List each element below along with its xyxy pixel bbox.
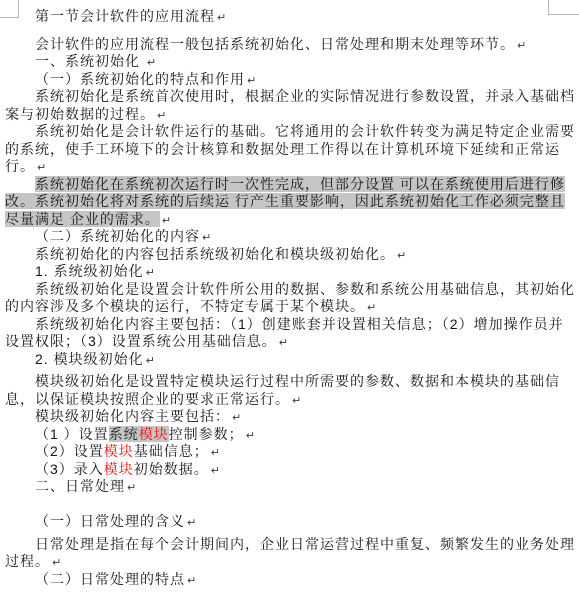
list-item-text: （2）设置 <box>35 443 104 459</box>
heading-system-level-init: 1. 系统级初始化↵ <box>5 263 574 281</box>
paragraph-mark: ↵ <box>244 429 255 442</box>
list-item-text: （3）录入 <box>35 461 104 477</box>
doc-line: 系统初始化是会计软件运行的基础。它将通用的会计软件转变为满足特定企业需要 <box>5 123 574 141</box>
heading-text: 二、日常处理 <box>35 478 125 494</box>
list-item-text: 基础信息； <box>134 443 209 459</box>
red-term: 模块 <box>139 426 169 442</box>
red-term: 模块 <box>104 443 134 459</box>
paragraph-mark: ↵ <box>160 214 171 227</box>
doc-line-text: 系统级初始化内容主要包括：（1）创建账套并设置相关信息；（2）增加操作员并 <box>35 316 564 332</box>
paragraph-mark: ↵ <box>145 56 156 69</box>
doc-line: 模块级初始化内容主要包括：↵ <box>5 408 574 426</box>
doc-line-text: 的内容涉及多个模块的运行，不特定专属于某个模块。 <box>5 298 365 314</box>
list-item-text: 初始数据。 <box>134 461 209 477</box>
doc-line-text: 息，以保证模块按照企业的要求正常运行。 <box>5 391 290 407</box>
subheading-daily-meaning: （一）日常处理的含义↵ <box>5 513 574 531</box>
subheading-text: （一）日常处理的含义 <box>35 513 185 529</box>
highlight-paragraph-line: 改。系统初始化将对系统的后续运 行产生重要影响，因此系统初始化工作必须完整且 <box>5 193 574 211</box>
section-title: 第一节会计软件的应用流程↵ <box>5 8 574 26</box>
paragraph-mark: ↵ <box>230 411 241 424</box>
doc-line-text: 过程。 <box>5 553 50 569</box>
doc-line: 案与初始数据的过程。↵ <box>5 106 574 124</box>
heading-text: 1. 系统级初始化 <box>35 263 144 279</box>
subheading-text: （二）系统初始化的内容 <box>35 228 200 244</box>
doc-line: 息，以保证模块按照企业的要求正常运行。↵ <box>5 391 574 409</box>
doc-line: 过程。↵ <box>5 553 574 571</box>
paragraph-mark: ↵ <box>125 481 136 494</box>
paragraph-mark: ↵ <box>209 464 220 477</box>
doc-line-text: 模块级初始化是设置特定模块运行过程中所需要的参数、数据和本模块的基础信 <box>35 373 560 389</box>
subheading-daily-features: （二）日常处理的特点↵ <box>5 571 574 589</box>
doc-line: 系统级初始化是设置会计软件所公用的数据、参数和系统公用基础信息，其初始化 <box>5 281 574 299</box>
section-title-text: 第一节会计软件的应用流程 <box>35 8 215 24</box>
highlighted-text: 系统 <box>109 426 139 442</box>
doc-line-text: 模块级初始化内容主要包括： <box>35 408 230 424</box>
doc-line: 系统初始化的内容包括系统级初始化和模块级初始化。↵ <box>5 246 574 264</box>
paragraph-mark: ↵ <box>290 394 301 407</box>
list-item-text: （1 ）设置 <box>35 426 109 442</box>
doc-line: 会计软件的应用流程一般包括系统初始化、日常处理和期末处理等环节。↵ <box>5 36 574 54</box>
doc-line-text: 系统初始化是会计软件运行的基础。它将通用的会计软件转变为满足特定企业需要 <box>35 123 575 139</box>
paragraph-mark: ↵ <box>185 574 196 587</box>
doc-line: 行。↵ <box>5 158 574 176</box>
paragraph-mark: ↵ <box>200 231 211 244</box>
heading-module-level-init: 2. 模块级初始化↵ <box>5 351 574 369</box>
doc-line: 系统级初始化内容主要包括：（1）创建账套并设置相关信息；（2）增加操作员并 <box>5 316 574 334</box>
paragraph-mark: ↵ <box>277 336 288 349</box>
doc-line: 的内容涉及多个模块的运行，不特定专属于某个模块。↵ <box>5 298 574 316</box>
heading-text: 一、系统初始化 <box>35 53 145 69</box>
doc-line-text: 行。 <box>5 158 35 174</box>
doc-line-text: 系统级初始化是设置会计软件所公用的数据、参数和系统公用基础信息，其初始化 <box>35 281 575 297</box>
doc-line: 日常处理是指在每个会计期间内，企业日常运营过程中重复、频繁发生的业务处理 <box>5 536 574 554</box>
document-page: 第一节会计软件的应用流程↵ 会计软件的应用流程一般包括系统初始化、日常处理和期末… <box>0 0 579 600</box>
list-item-1: （1 ）设置系统模块控制参数；↵ <box>5 426 574 444</box>
subheading-content: （二）系统初始化的内容↵ <box>5 228 574 246</box>
highlight-paragraph-line: 尽量满足 企业的需求。↵ <box>5 211 574 229</box>
doc-line: 模块级初始化是设置特定模块运行过程中所需要的参数、数据和本模块的基础信 <box>5 373 574 391</box>
paragraph-mark: ↵ <box>209 446 220 459</box>
subheading-features: （一）系统初始化的特点和作用↵ <box>5 71 574 89</box>
red-term: 模块 <box>104 461 134 477</box>
doc-line: 设置权限；（3）设置系统公用基础信息。↵ <box>5 333 574 351</box>
list-item-3: （3）录入模块初始数据。↵ <box>5 461 574 479</box>
doc-line-text: 系统初始化是系统首次使用时，根据企业的实际情况进行参数设置，并录入基础档 <box>35 88 575 104</box>
paragraph-mark: ↵ <box>35 161 46 174</box>
paragraph-mark: ↵ <box>365 301 376 314</box>
highlighted-text: 尽量满足 企业的需求。 <box>5 211 160 227</box>
paragraph-mark: ↵ <box>144 354 155 367</box>
subheading-text: （二）日常处理的特点 <box>35 571 185 587</box>
paragraph-mark: ↵ <box>185 516 196 529</box>
paragraph-mark: ↵ <box>215 11 226 24</box>
doc-line-text: 案与初始数据的过程。 <box>5 106 155 122</box>
doc-line-text: 系统初始化的内容包括系统级初始化和模块级初始化。 <box>35 246 395 262</box>
highlighted-text: 系统初始化在系统初次运行时一次性完成，但部分设置 可以在系统使用后进行修 <box>35 176 565 192</box>
doc-line: 的系统，使手工环境下的会计核算和数据处理工作得以在计算机环境下延续和正常运 <box>5 141 574 159</box>
heading-system-init: 一、系统初始化 ↵ <box>5 53 574 71</box>
paragraph-mark: ↵ <box>50 556 61 569</box>
doc-line-text: 日常处理是指在每个会计期间内，企业日常运营过程中重复、频繁发生的业务处理 <box>35 536 575 552</box>
doc-line-text: 的系统，使手工环境下的会计核算和数据处理工作得以在计算机环境下延续和正常运 <box>5 141 560 157</box>
highlighted-text: 改。系统初始化将对系统的后续运 行产生重要影响，因此系统初始化工作必须完整且 <box>5 193 565 209</box>
list-item-2: （2）设置模块基础信息；↵ <box>5 443 574 461</box>
paragraph-mark: ↵ <box>155 109 166 122</box>
doc-line-text: 设置权限；（3）设置系统公用基础信息。 <box>5 333 277 349</box>
paragraph-mark: ↵ <box>245 74 256 87</box>
heading-daily-processing: 二、日常处理↵ <box>5 478 574 496</box>
highlight-paragraph-line: 系统初始化在系统初次运行时一次性完成，但部分设置 可以在系统使用后进行修 <box>5 176 574 194</box>
paragraph-mark: ↵ <box>144 266 155 279</box>
list-item-text: 控制参数； <box>169 426 244 442</box>
doc-line-text: 会计软件的应用流程一般包括系统初始化、日常处理和期末处理等环节。 <box>35 36 515 52</box>
doc-line: 系统初始化是系统首次使用时，根据企业的实际情况进行参数设置，并录入基础档 <box>5 88 574 106</box>
subheading-text: （一）系统初始化的特点和作用 <box>35 71 245 87</box>
paragraph-mark: ↵ <box>395 249 406 262</box>
heading-text: 2. 模块级初始化 <box>35 351 144 367</box>
paragraph-mark: ↵ <box>515 39 526 52</box>
